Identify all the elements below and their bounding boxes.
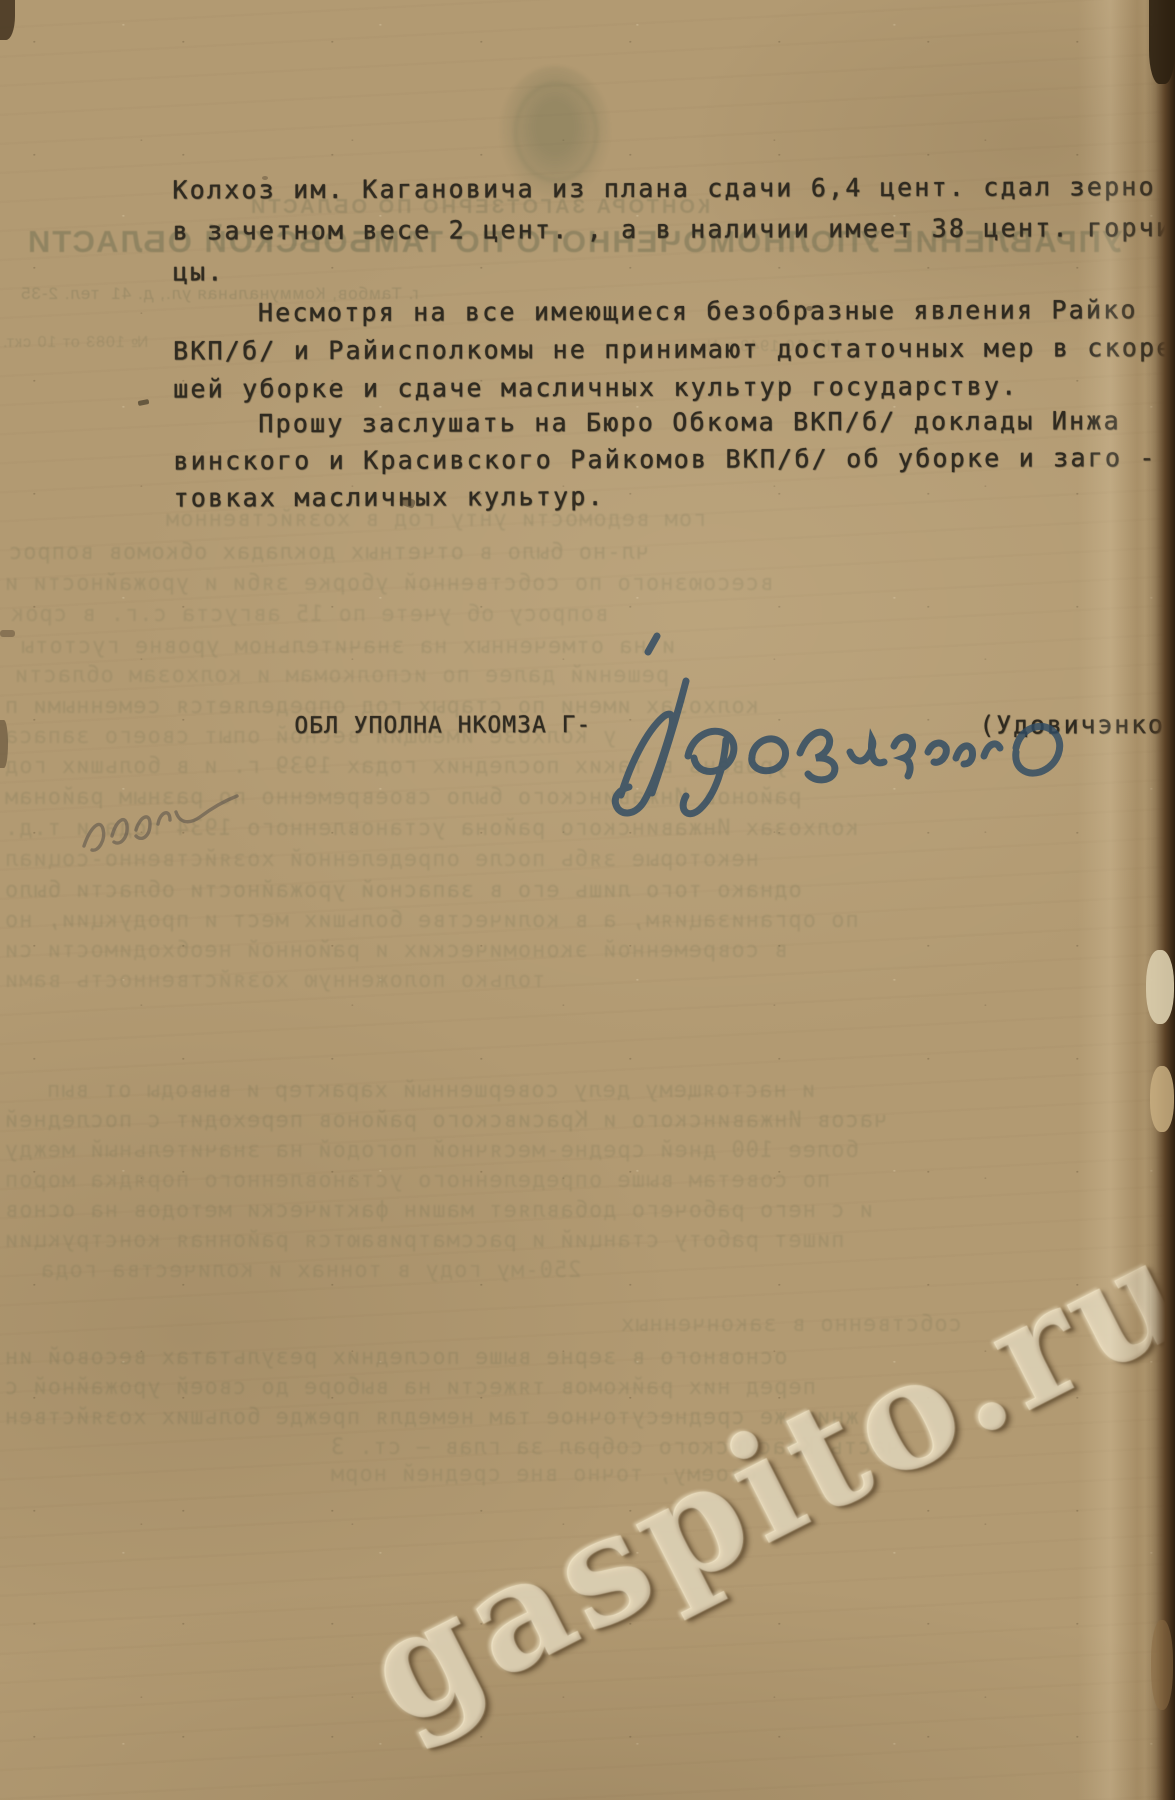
- fold-highlight: [1078, 0, 1150, 1800]
- typed-paragraph: Прошу заслушать на Бюро Обкома ВКП/б/ до…: [173, 402, 1157, 516]
- paper-speck: [572, 496, 576, 507]
- typed-line: Несмотря на все имеющиеся безобразные яв…: [173, 291, 1175, 333]
- paper-speck: [0, 630, 15, 637]
- page-edge: [1145, 0, 1175, 1800]
- typed-line: товках масличных культур.: [174, 476, 1157, 516]
- typed-paragraph: Колхоз им. Кагановича из плана сдачи 6,4…: [172, 166, 1173, 292]
- paper-speck: [262, 176, 268, 180]
- paper-speck: [806, 306, 813, 311]
- edge-patch: [1149, 0, 1175, 84]
- paper-speck: [0, 720, 8, 768]
- edge-patch: [1151, 1620, 1173, 1710]
- edge-patch: [1146, 950, 1174, 1024]
- typed-paragraph: Несмотря на все имеющиеся безобразные яв…: [173, 291, 1175, 409]
- typed-line: цы.: [173, 248, 1174, 292]
- typed-line: Прошу заслушать на Бюро Обкома ВКП/б/ до…: [173, 402, 1156, 442]
- typed-line: винского и Красивского Райкомов ВКП/б/ о…: [173, 439, 1156, 479]
- typed-line: Колхоз им. Кагановича из плана сдачи 6,4…: [172, 166, 1173, 210]
- edge-patch: [1150, 1066, 1174, 1132]
- typed-line: ВКП/б/ и Райисполкомы не принимают доста…: [173, 329, 1175, 371]
- document-page: КОНТОРА ЗАГОТЗЕРНО ПО ОБЛАСТИУПРАВЛЕНИЕ …: [0, 0, 1175, 1800]
- signature-role: ОБЛ УПОЛНА НКОМЗА Г-: [294, 712, 591, 739]
- typed-line: в зачетном весе 2 цент. , а в наличии им…: [173, 207, 1174, 251]
